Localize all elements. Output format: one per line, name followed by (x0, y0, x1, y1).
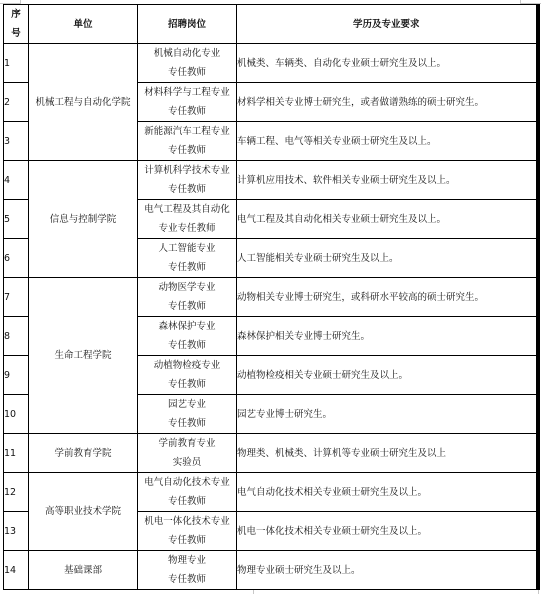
post-cell: 园艺专业专任教师 (138, 395, 237, 434)
row-number: 4 (4, 161, 29, 200)
unit-cell: 机械工程与自动化学院 (29, 44, 138, 161)
post-cell: 学前教育专业实验员 (138, 434, 237, 473)
post-line1: 机械自动化专业 (154, 48, 221, 59)
post-line1: 学前教育专业 (158, 438, 215, 449)
requirement-cell: 园艺专业博士研究生。 (237, 395, 538, 434)
post-cell: 动植物检疫专业专任教师 (138, 356, 237, 395)
unit-cell: 高等职业技术学院 (29, 473, 138, 551)
requirement-cell: 计算机应用技术、软件相关专业硕士研究生及以上。 (237, 161, 538, 200)
table-row: 4 信息与控制学院 计算机科学技术专业专任教师 计算机应用技术、软件相关专业硕士… (4, 161, 538, 200)
post-line2: 专任教师 (168, 184, 206, 195)
post-cell: 机电一体化技术专业专任教师 (138, 512, 237, 551)
post-cell: 电气工程及其自动化专业专任教师 (138, 200, 237, 239)
post-cell: 机械自动化专业专任教师 (138, 44, 237, 83)
unit-cell: 信息与控制学院 (29, 161, 138, 278)
post-line2: 专业专任教师 (158, 223, 215, 234)
post-cell: 计算机科学技术专业专任教师 (138, 161, 237, 200)
row-number: 11 (4, 434, 29, 473)
post-line2: 专任教师 (168, 67, 206, 78)
page-corner-mark-bottom-left (253, 590, 255, 594)
post-cell: 材料科学与工程专业专任教师 (138, 83, 237, 122)
requirement-cell: 人工智能相关专业硕士研究生及以上。 (237, 239, 538, 278)
requirement-cell: 车辆工程、电气等相关专业硕士研究生及以上。 (237, 122, 538, 161)
row-number: 6 (4, 239, 29, 278)
header-number-line2: 号 (11, 28, 21, 39)
row-number: 13 (4, 512, 29, 551)
post-cell: 人工智能专业专任教师 (138, 239, 237, 278)
header-number: 序 号 (4, 5, 29, 44)
post-line2: 专任教师 (168, 301, 206, 312)
header-number-line1: 序 (11, 9, 21, 20)
row-number: 14 (4, 551, 29, 590)
row-number: 3 (4, 122, 29, 161)
row-number: 12 (4, 473, 29, 512)
requirement-cell: 动物相关专业博士研究生，或科研水平较高的硕士研究生。 (237, 278, 538, 317)
post-cell: 动物医学专业专任教师 (138, 278, 237, 317)
post-cell: 新能源汽车工程专业专任教师 (138, 122, 237, 161)
requirement-cell: 电气自动化技术相关专业硕士研究生及以上。 (237, 473, 538, 512)
post-line2: 专任教师 (168, 262, 206, 273)
post-line1: 机电一体化技术专业 (144, 516, 230, 527)
requirement-cell: 机电一体化技术相关专业硕士研究生及以上。 (237, 512, 538, 551)
unit-cell: 基础课部 (29, 551, 138, 590)
table-row: 7 生命工程学院 动物医学专业专任教师 动物相关专业博士研究生，或科研水平较高的… (4, 278, 538, 317)
row-number: 8 (4, 317, 29, 356)
unit-cell: 生命工程学院 (29, 278, 138, 434)
post-line2: 专任教师 (168, 535, 206, 546)
requirement-cell: 动植物检疫相关专业硕士研究生及以上。 (237, 356, 538, 395)
post-line1: 园艺专业 (168, 399, 206, 410)
post-line2: 实验员 (173, 457, 202, 468)
header-unit: 单位 (29, 5, 138, 44)
post-line1: 材料科学与工程专业 (144, 87, 230, 98)
post-cell: 森林保护专业专任教师 (138, 317, 237, 356)
post-line2: 专任教师 (168, 574, 206, 585)
recruitment-table: 序 号 单位 招聘岗位 学历及专业要求 1 机械工程与自动化学院 机械自动化专业… (3, 4, 540, 590)
post-line1: 电气自动化技术专业 (144, 477, 230, 488)
post-line1: 动植物检疫专业 (154, 360, 221, 371)
table-row: 1 机械工程与自动化学院 机械自动化专业专任教师 机械类、车辆类、自动化专业硕士… (4, 44, 538, 83)
post-line1: 人工智能专业 (158, 243, 215, 254)
unit-cell: 学前教育学院 (29, 434, 138, 473)
post-line2: 专任教师 (168, 145, 206, 156)
post-line2: 专任教师 (168, 340, 206, 351)
table-row: 11 学前教育学院 学前教育专业实验员 物理类、机械类、计算机等专业硕士研究生及… (4, 434, 538, 473)
header-requirement: 学历及专业要求 (237, 5, 538, 44)
post-line1: 物理专业 (168, 555, 206, 566)
row-number: 2 (4, 83, 29, 122)
post-cell: 电气自动化技术专业专任教师 (138, 473, 237, 512)
post-line1: 森林保护专业 (158, 321, 215, 332)
requirement-cell: 森林保护相关专业博士研究生。 (237, 317, 538, 356)
table-header-row: 序 号 单位 招聘岗位 学历及专业要求 (4, 5, 538, 44)
post-line2: 专任教师 (168, 379, 206, 390)
row-number: 1 (4, 44, 29, 83)
post-line2: 专任教师 (168, 106, 206, 117)
table-row: 14 基础课部 物理专业专任教师 物理专业硕士研究生及以上。 (4, 551, 538, 590)
requirement-cell: 机械类、车辆类、自动化专业硕士研究生及以上。 (237, 44, 538, 83)
row-number: 10 (4, 395, 29, 434)
post-cell: 物理专业专任教师 (138, 551, 237, 590)
post-line2: 专任教师 (168, 496, 206, 507)
requirement-cell: 电气工程及其自动化相关专业硕士研究生及以上。 (237, 200, 538, 239)
requirement-cell: 物理类、机械类、计算机等专业硕士研究生及以上 (237, 434, 538, 473)
table-row: 12 高等职业技术学院 电气自动化技术专业专任教师 电气自动化技术相关专业硕士研… (4, 473, 538, 512)
requirement-cell: 物理专业硕士研究生及以上。 (237, 551, 538, 590)
post-line1: 新能源汽车工程专业 (144, 126, 230, 137)
requirement-cell: 材料学相关专业博士研究生，或者做谱熟练的硕士研究生。 (237, 83, 538, 122)
post-line2: 专任教师 (168, 418, 206, 429)
post-line1: 电气工程及其自动化 (144, 204, 230, 215)
header-post: 招聘岗位 (138, 5, 237, 44)
post-line1: 计算机科学技术专业 (144, 165, 230, 176)
row-number: 7 (4, 278, 29, 317)
row-number: 9 (4, 356, 29, 395)
row-number: 5 (4, 200, 29, 239)
post-line1: 动物医学专业 (158, 282, 215, 293)
